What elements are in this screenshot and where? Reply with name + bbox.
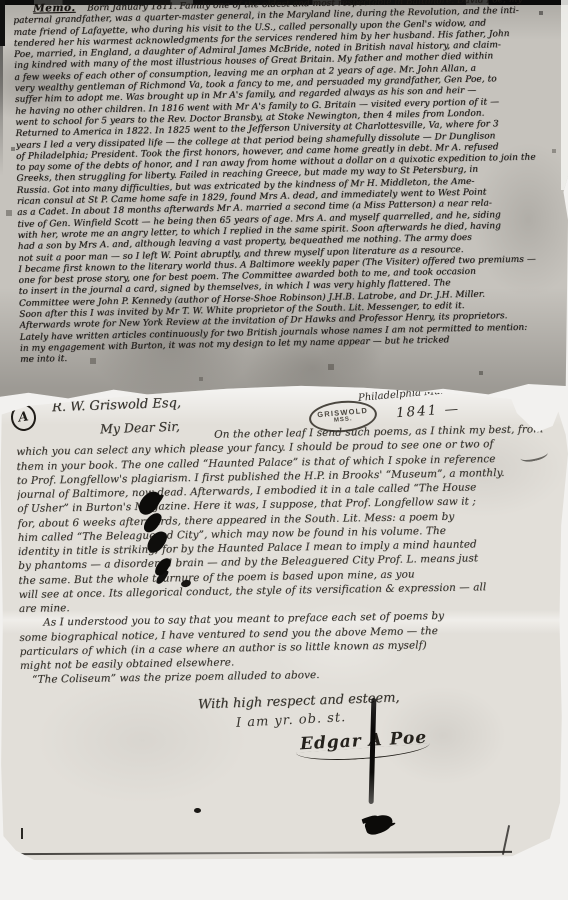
letter-closing-obedient: I am yr. ob. st. <box>236 710 347 731</box>
manuscript-scan-page: Born January 1811. Family one of the old… <box>0 0 568 900</box>
letter-dateline-year: 1841 — <box>396 401 461 421</box>
letter-closing-respect: With high respect and esteem, <box>198 690 400 712</box>
memo-body-text: Born January 1811. Family one of the old… <box>13 0 568 366</box>
memo-torn-left-edge <box>0 0 5 46</box>
annotation-letter: A <box>17 409 29 425</box>
memo-manuscript-sheet: Born January 1811. Family one of the old… <box>0 0 568 400</box>
letter-bottom-edge-line <box>16 851 512 855</box>
ink-blot-bottom <box>363 812 395 837</box>
ink-tick-mark <box>21 828 23 839</box>
letter-recipient: R. W. Griswold Esq, <box>52 396 181 415</box>
letter-manuscript-sheet: A Philadelphia March 29 1841 — GRISWOLD … <box>0 382 568 860</box>
letter-body-text: On the other leaf I send such poems, as … <box>16 422 560 687</box>
ink-dot-small <box>194 808 201 813</box>
memo-ink-specks <box>0 0 2 2</box>
stamp-text-mss: MSS. <box>334 416 353 425</box>
annotation-circle-a: A <box>9 402 38 432</box>
